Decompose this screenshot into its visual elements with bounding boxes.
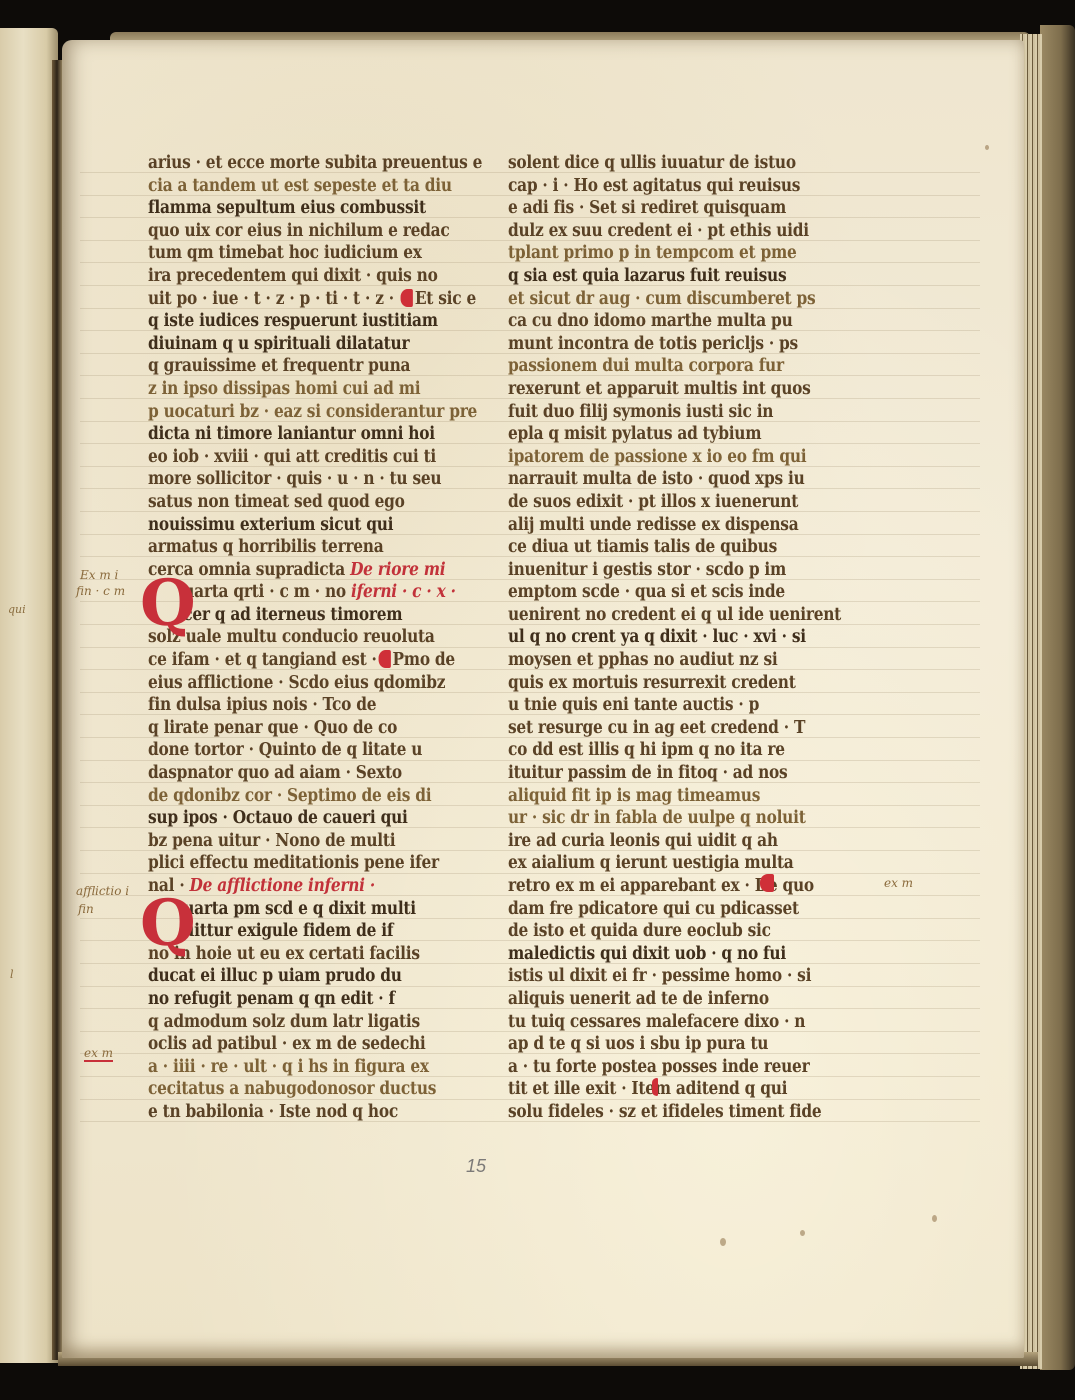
stain [985, 145, 989, 150]
margin-note: ex m [884, 876, 913, 890]
text-span: ce ifam · et q tangiand est · [148, 650, 377, 670]
left-page-margin-fragment: l [10, 968, 14, 981]
text-line: ap d te q si uos i sbu ip pura tu [508, 1033, 812, 1056]
stain [720, 1238, 726, 1246]
text-line: moysen et pphas no audiut nz si [508, 649, 812, 672]
text-line: cia a tandem ut est sepeste et ta diu [148, 175, 438, 198]
text-line: ire ad curia leonis qui uidit q ah [508, 830, 812, 853]
decorated-initial: Q [140, 892, 196, 956]
text-line: diuinam q u spirituali dilatatur [148, 333, 438, 356]
text-line: inuenitur i gestis stor · scdo p im [508, 559, 812, 582]
gutter [52, 60, 62, 1360]
text-line: maledictis qui dixit uob · q no fui [508, 943, 812, 966]
text-line: armatus q horribilis terrena [148, 536, 438, 559]
text-line: a · tu forte postea posses inde reuer [508, 1056, 812, 1079]
binding [1040, 25, 1075, 1370]
text-line: sup ipos · Octauo de caueri qui [148, 807, 438, 830]
folio-number: 15 [466, 1156, 486, 1177]
text-line: tplant primo p in tempcom et pme [508, 242, 812, 265]
text-line: de suos edixit · pt illos x iuenerunt [508, 491, 812, 514]
text-line: ducat ei illuc p uiam prudo du [148, 965, 438, 988]
margin-note: afflictio i [76, 884, 129, 898]
text-line: z in ipso dissipas homi cui ad mi [148, 378, 438, 401]
text-line: flamma sepultum eius combussit [148, 197, 438, 220]
text-line: ca cu dno idomo marthe multa pu [508, 310, 812, 333]
text-line: ipatorem de passione x io eo fm qui [508, 446, 812, 469]
text-line: tu tuiq cessares malefacere dixo · n [508, 1011, 812, 1034]
text-line: munt incontra de totis pericljs · ps [508, 333, 812, 356]
margin-note: fin [78, 902, 94, 916]
text-line: de qdonibz cor · Septimo de eis di [148, 785, 438, 808]
text-line: cap · i · Ho est agitatus qui reuisus [508, 175, 812, 198]
stain [800, 1230, 805, 1236]
text-line: solu fideles · sz et ifideles timent fid… [508, 1101, 812, 1124]
text-line: a · iiii · re · ult · q i hs in figura e… [148, 1056, 438, 1079]
margin-note: Ex m i [80, 568, 118, 582]
stain [932, 1215, 937, 1222]
text-line: ex aialium q ierunt uestigia multa [508, 852, 812, 875]
text-line: arius · et ecce morte subita preuentus e [148, 152, 438, 175]
text-line: solent dice q ullis iuuatur de istuo [508, 152, 812, 175]
text-line: passionem dui multa corpora fur [508, 355, 812, 378]
text-column-right: solent dice q ullis iuuatur de istuo cap… [508, 152, 853, 1124]
margin-note: fin · c m [76, 584, 125, 598]
left-facing-page: qui l [0, 28, 58, 1363]
text-line: aliquis uenerit ad te de inferno [508, 988, 812, 1011]
rubric-heading: iferni · c · x · [351, 582, 456, 602]
text-line: e tn babilonia · Iste nod q hoc [148, 1101, 438, 1124]
text-line: oclis ad patibul · ex m de sedechi [148, 1033, 438, 1056]
margin-note: ex m [84, 1046, 113, 1062]
text-line: tit et ille exit · Item aditend q qui [508, 1078, 812, 1101]
decorated-initial: Q [140, 572, 196, 636]
text-line: dicta ni timore laniantur omni hoi [148, 423, 438, 446]
text-line: ce ifam · et q tangiand est ·Pmo de [148, 649, 438, 672]
text-line: eo iob · xviii · qui att creditis cui ti [148, 446, 438, 469]
text-span: Et sic e [415, 289, 476, 309]
text-line: q admodum solz dum latr ligatis [148, 1011, 438, 1034]
text-line: dulz ex suu credent ei · pt ethis uidi [508, 220, 812, 243]
text-line: ur · sic dr in fabla de uulpe q noluit [508, 807, 812, 830]
text-line: p uocaturi bz · eaz si considerantur pre [148, 401, 438, 424]
text-line: alij multi unde redisse ex dispensa [508, 514, 812, 537]
text-line: cecitatus a nabugodonosor ductus [148, 1078, 438, 1101]
text-column-left: arius · et ecce morte subita preuentus e… [148, 152, 478, 1124]
text-line: narrauit multa de isto · quod xps iu [508, 468, 812, 491]
text-line: q grauissime et frequentr puna [148, 355, 438, 378]
paraph-mark [401, 289, 413, 307]
text-line: no refugit penam q qn edit · f [148, 988, 438, 1011]
left-page-margin-fragment: qui [8, 603, 26, 616]
text-line: ce diua ut tiamis talis de quibus [508, 536, 812, 559]
text-line: q lirate penar que · Quo de co [148, 717, 438, 740]
text-line: fin dulsa ipius nois · Tco de [148, 694, 438, 717]
text-line: plici effectu meditationis pene ifer [148, 852, 438, 875]
text-line: dam fre pdicatore qui cu pdicasset [508, 898, 812, 921]
text-line: epla q misit pylatus ad tybium [508, 423, 812, 446]
text-line: u tnie quis eni tante auctis · p [508, 694, 812, 717]
paraph-mark [378, 650, 390, 668]
text-line: aliquid fit ip is mag timeamus [508, 785, 812, 808]
paraph-mark [652, 1078, 658, 1096]
text-line: daspnator quo ad aiam · Sexto [148, 762, 438, 785]
text-line: ira precedentem qui dixit · quis no [148, 265, 438, 288]
text-line: set resurge cu in ag eet credend · T [508, 717, 812, 740]
rubric-heading: De afflictione inferni · [190, 876, 375, 896]
text-line: quis ex mortuis resurrexit credent [508, 672, 812, 695]
text-line: uit po · iue · t · z · p · ti · t · z · … [148, 288, 438, 311]
paraph-mark [760, 874, 774, 892]
text-line: rexerunt et apparuit multis int quos [508, 378, 812, 401]
text-span: Pmo de [392, 650, 454, 670]
text-line: done tortor · Quinto de q litate u [148, 739, 438, 762]
text-line: satus non timeat sed quod ego [148, 491, 438, 514]
text-line: de isto et quida dure eoclub sic [508, 920, 812, 943]
text-line: emptom scde · qua si et scis inde [508, 581, 812, 604]
text-line: quo uix cor eius in nichilum e redac [148, 220, 438, 243]
text-line: bz pena uitur · Nono de multi [148, 830, 438, 853]
text-line: eius afflictione · Scdo eius qdomibz [148, 672, 438, 695]
text-line: ituitur passim de in fitoq · ad nos [508, 762, 812, 785]
text-span: uit po · iue · t · z · p · ti · t · z · [148, 289, 399, 309]
text-line: ul q no crent ya q dixit · luc · xvi · s… [508, 626, 812, 649]
text-line: istis ul dixit ei fr · pessime homo · si [508, 965, 812, 988]
text-line: uenirent no credent ei q ul ide uenirent [508, 604, 812, 627]
text-line: tum qm timebat hoc iudicium ex [148, 242, 438, 265]
text-span: uarta qrti · c m · no [183, 582, 346, 602]
text-line: q iste iudices respuerunt iustitiam [148, 310, 438, 333]
text-line: nouissimu exterium sicut qui [148, 514, 438, 537]
text-line: et sicut dr aug · cum discumberet ps [508, 288, 812, 311]
text-line: fuit duo filij symonis iusti sic in [508, 401, 812, 424]
rubric-heading: De riore mi [350, 560, 445, 580]
text-line: e adi fis · Set si rediret quisquam [508, 197, 812, 220]
text-line: q sia est quia lazarus fuit reuisus [508, 265, 812, 288]
text-line: co dd est illis q hi ipm q no ita re [508, 739, 812, 762]
text-line: more sollicitor · quis · u · n · tu seu [148, 468, 438, 491]
